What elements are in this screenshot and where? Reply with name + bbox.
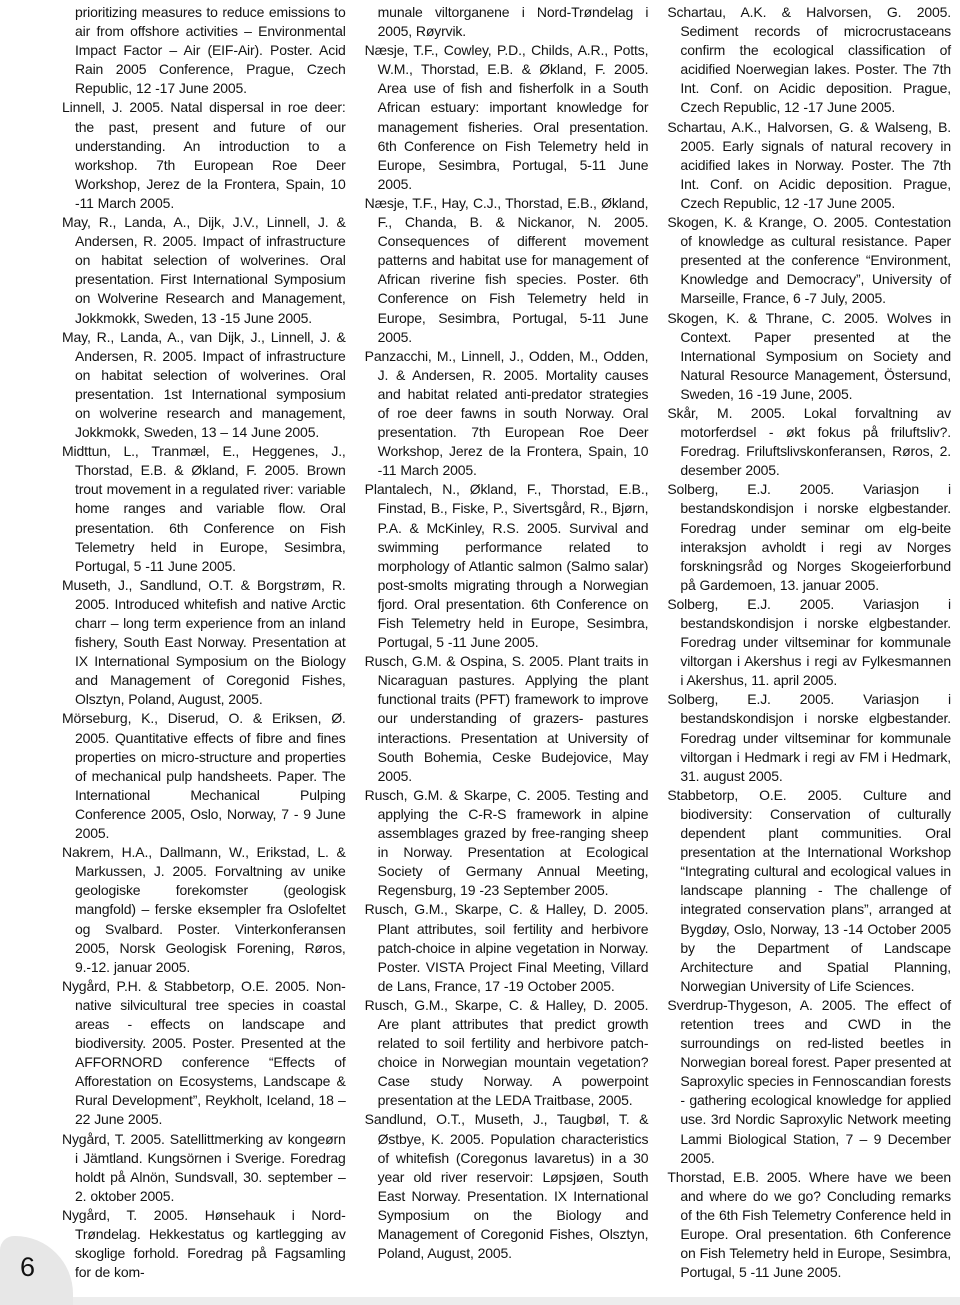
- reference-entry: Thorstad, E.B. 2005. Where have we been …: [667, 1168, 951, 1283]
- reference-entry: Nygård, T. 2005. Hønsehauk i Nord-Trønde…: [62, 1206, 346, 1282]
- reference-entry: Nakrem, H.A., Dallmann, W., Erikstad, L.…: [62, 843, 346, 977]
- reference-entry: prioritizing measures to reduce emission…: [62, 3, 346, 98]
- reference-entry: munale viltorganene i Nord-Trøndelag i 2…: [365, 3, 649, 41]
- reference-entry: Rusch, G.M., Skarpe, C. & Halley, D. 200…: [365, 996, 649, 1111]
- reference-entry: Solberg, E.J. 2005. Variasjon i bestands…: [667, 690, 951, 785]
- reference-entry: Linnell, J. 2005. Natal dispersal in roe…: [62, 98, 346, 213]
- bibliography-column-3: Schartau, A.K. & Halvorsen, G. 2005. Sed…: [667, 3, 951, 1282]
- reference-entry: Schartau, A.K., Halvorsen, G. & Walseng,…: [667, 118, 951, 213]
- reference-entry: May, R., Landa, A., Dijk, J.V., Linnell,…: [62, 213, 346, 328]
- reference-entry: Solberg, E.J. 2005. Variasjon i bestands…: [667, 595, 951, 690]
- bibliography-column-1: prioritizing measures to reduce emission…: [62, 3, 346, 1282]
- reference-entry: Rusch, G.M. & Ospina, S. 2005. Plant tra…: [365, 652, 649, 786]
- reference-entry: Nygård, P.H. & Stabbetorp, O.E. 2005. No…: [62, 977, 346, 1130]
- reference-entry: Sverdrup-Thygeson, A. 2005. The effect o…: [667, 996, 951, 1168]
- reference-entry: Sandlund, O.T., Museth, J., Taugbøl, T. …: [365, 1110, 649, 1263]
- reference-entry: Skår, M. 2005. Lokal forvaltning av moto…: [667, 404, 951, 480]
- reference-entry: Nygård, T. 2005. Satellittmerking av kon…: [62, 1130, 346, 1206]
- reference-entry: Rusch, G.M. & Skarpe, C. 2005. Testing a…: [365, 786, 649, 901]
- bibliography-column-2: munale viltorganene i Nord-Trøndelag i 2…: [365, 3, 649, 1282]
- bibliography-page: prioritizing measures to reduce emission…: [62, 3, 951, 1282]
- reference-entry: Stabbetorp, O.E. 2005. Culture and biodi…: [667, 786, 951, 996]
- reference-entry: Solberg, E.J. 2005. Variasjon i bestands…: [667, 480, 951, 595]
- reference-entry: Panzacchi, M., Linnell, J., Odden, M., O…: [365, 347, 649, 481]
- reference-entry: Schartau, A.K. & Halvorsen, G. 2005. Sed…: [667, 3, 951, 118]
- reference-entry: Skogen, K. & Thrane, C. 2005. Wolves in …: [667, 309, 951, 404]
- reference-entry: Skogen, K. & Krange, O. 2005. Contestati…: [667, 213, 951, 308]
- footer-bar: [0, 1297, 960, 1305]
- reference-entry: Næsje, T.F., Hay, C.J., Thorstad, E.B., …: [365, 194, 649, 347]
- reference-entry: Plantalech, N., Økland, F., Thorstad, E.…: [365, 480, 649, 652]
- reference-entry: Næsje, T.F., Cowley, P.D., Childs, A.R.,…: [365, 41, 649, 194]
- reference-entry: May, R., Landa, A., van Dijk, J., Linnel…: [62, 328, 346, 443]
- reference-entry: Mörseburg, K., Diserud, O. & Eriksen, Ø.…: [62, 709, 346, 843]
- reference-entry: Midttun, L., Tranmæl, E., Heggenes, J., …: [62, 442, 346, 576]
- reference-entry: Rusch, G.M., Skarpe, C. & Halley, D. 200…: [365, 900, 649, 995]
- reference-entry: Museth, J., Sandlund, O.T. & Borgstrøm, …: [62, 576, 346, 710]
- page-number: 6: [20, 1252, 35, 1283]
